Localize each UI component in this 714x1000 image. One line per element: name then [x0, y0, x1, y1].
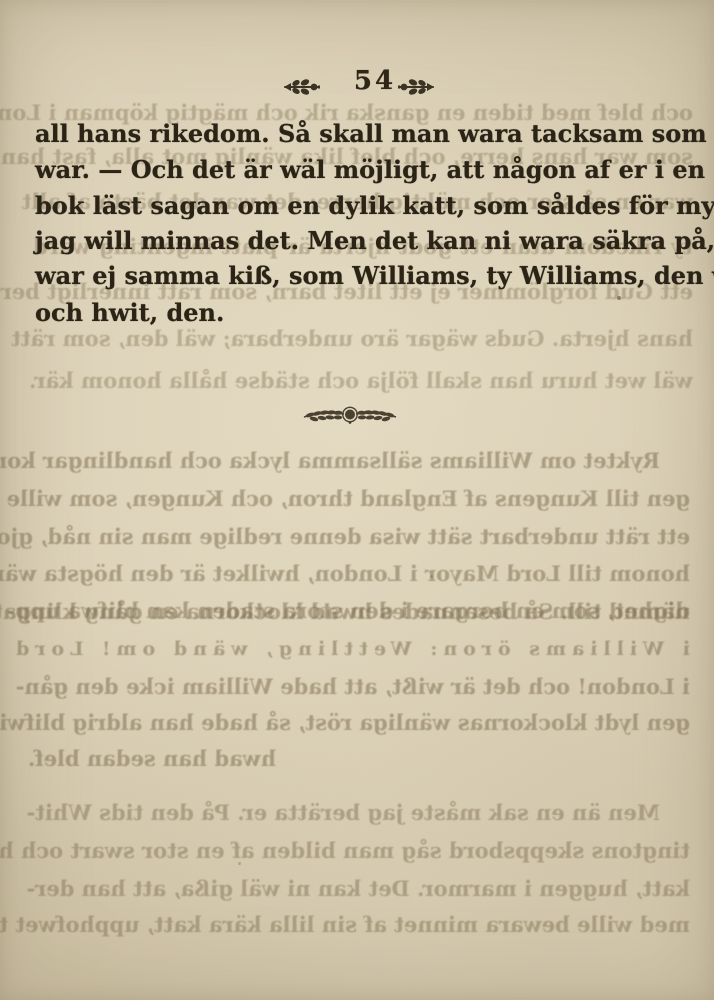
showthrough-line: gen till Kungens af England thron, och K…	[28, 486, 690, 514]
showthrough-line: katt, huggen i marmor. Det kan ni wäl gi…	[28, 876, 690, 904]
showthrough-line: ett rätt underbart sätt wisa denne redli…	[28, 524, 690, 552]
showthrough-line: wäl wet huru han skall följa och städse …	[33, 368, 693, 396]
showthrough-line: gen lydt klockornas wänliga röst, så had…	[28, 710, 690, 738]
showthrough-line: i Williams öron: Wettling, wänd om! Lord…	[28, 636, 690, 664]
showthrough-line: tingtons skeppsbord såg man bilden af en…	[28, 838, 690, 866]
showthrough-line: nämnd till. Så besannades hwad klockorna…	[28, 599, 690, 627]
text-line: jag will minnas det. Men det kan ni wara…	[35, 226, 692, 260]
showthrough-line: med wille bewara minnet af sin lilla kär…	[28, 912, 690, 940]
showthrough-line: Men än en sak måste jag berätta er. På d…	[28, 800, 690, 828]
text-line: och hwit, den.	[35, 298, 692, 332]
fleuron-left-icon	[284, 78, 320, 96]
laurel-divider-icon	[302, 402, 398, 430]
scanned-book-page: och blef med tiden en ganska rik och mäg…	[0, 0, 714, 1000]
text-line: all hans rikedom. Så skall man wara tack…	[35, 119, 692, 153]
text-line: war. — Och det är wäl möjligt, att någon…	[35, 155, 692, 189]
showthrough-line: hwad han sedan blef.	[28, 746, 690, 774]
fleuron-right-icon	[398, 78, 434, 96]
showthrough-line: Ryktet om Williams sällsamma lycka och h…	[28, 448, 690, 476]
showthrough-line: honom till Lord Mayor i London, hwilket …	[28, 561, 690, 589]
text-line: war ej samma kiß, som Williams, ty Willi…	[35, 261, 692, 295]
text-line: bok läst sagan om en dylik katt, som sål…	[35, 191, 692, 225]
showthrough-line: i London! och det är wißt, att hade Will…	[28, 674, 690, 702]
